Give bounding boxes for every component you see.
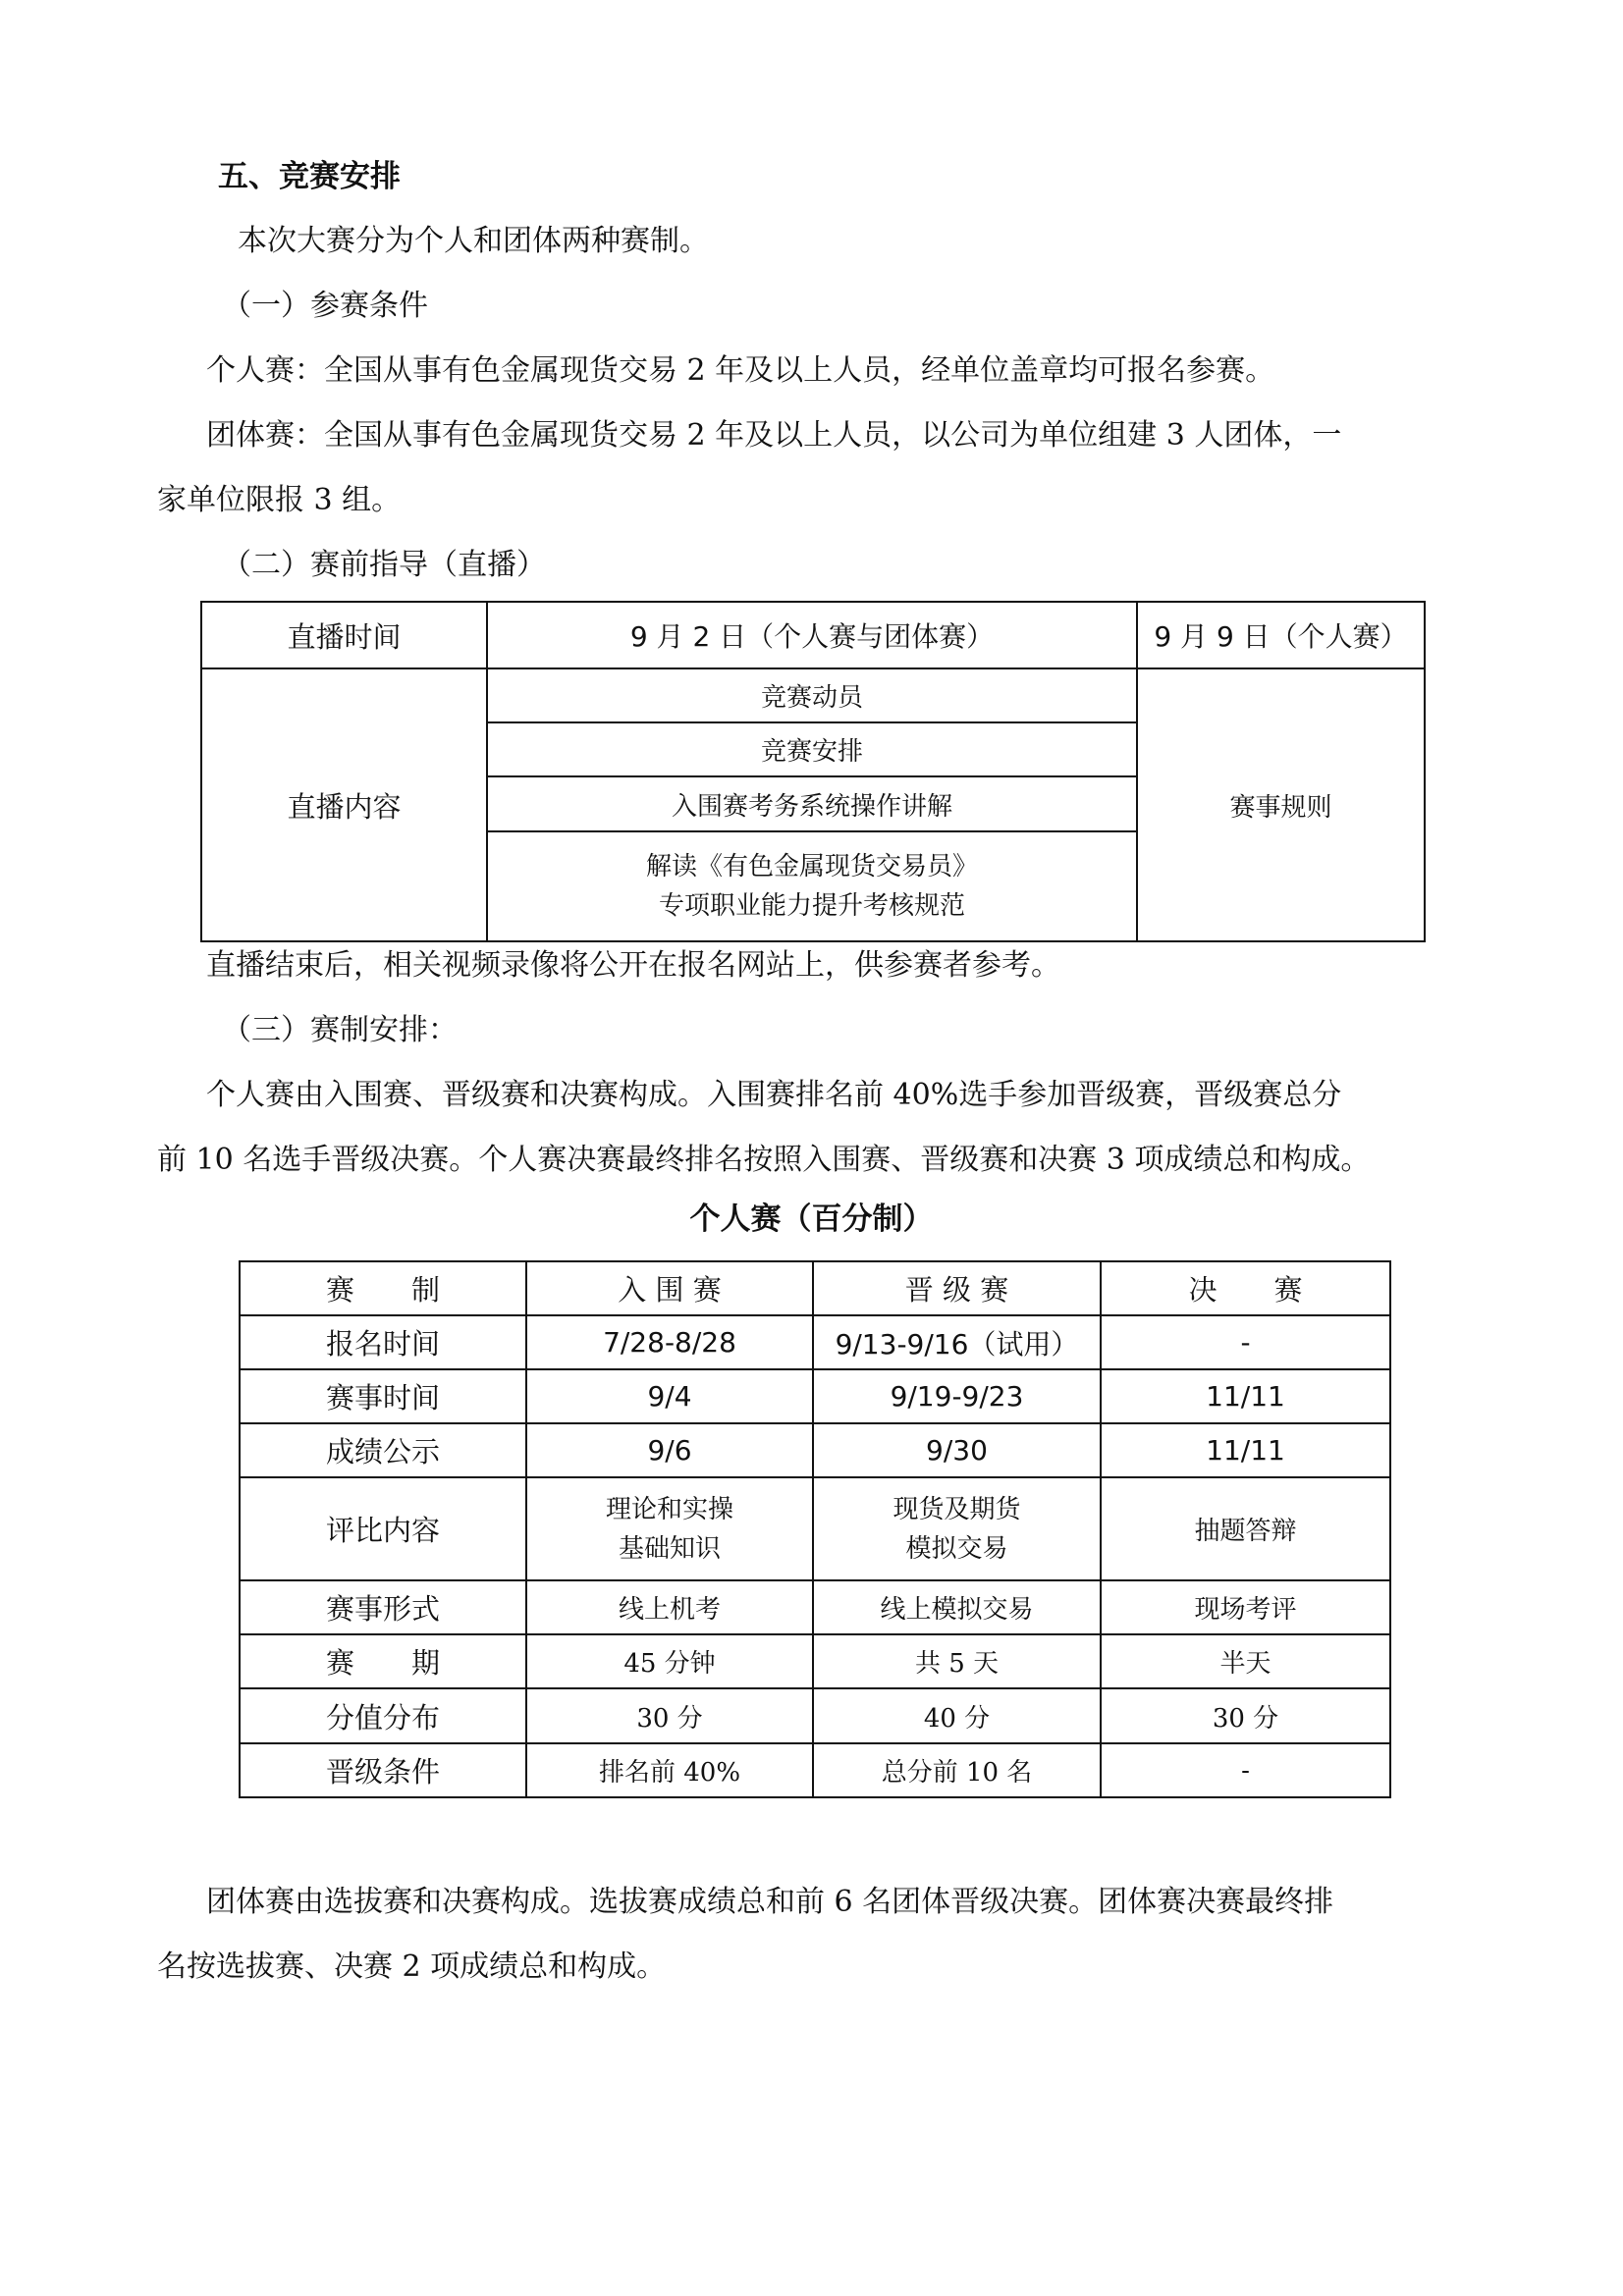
section-heading: 五、竞赛安排 xyxy=(218,157,401,196)
cell: 40 分 xyxy=(813,1688,1101,1743)
team-condition-line2: 家单位限报 3 组。 xyxy=(157,481,401,520)
cell: 9/4 xyxy=(526,1369,813,1423)
row-label-duration: 赛 期 xyxy=(240,1634,526,1688)
livestream-date-1: 9 月 2 日（个人赛与团体赛） xyxy=(487,602,1137,668)
cell: 排名前 40% xyxy=(526,1743,813,1797)
row-label-event-time: 赛事时间 xyxy=(240,1369,526,1423)
cell: 30 分 xyxy=(1101,1688,1390,1743)
content-spec-line1: 解读《有色金属现货交易员》 xyxy=(488,847,1136,886)
content-rules: 赛事规则 xyxy=(1137,668,1425,941)
individual-condition: 个人赛：全国从事有色金属现货交易 2 年及以上人员，经单位盖章均可报名参赛。 xyxy=(206,351,1274,391)
row-label-registration: 报名时间 xyxy=(240,1315,526,1369)
table-row: 赛事形式 线上机考 线上模拟交易 现场考评 xyxy=(240,1580,1390,1634)
individual-competition-table: 赛 制 入 围 赛 晋 级 赛 决 赛 报名时间 7/28-8/28 9/13-… xyxy=(239,1260,1391,1798)
content-item: 竞赛动员 xyxy=(487,668,1137,722)
content-spec-line2: 专项职业能力提升考核规范 xyxy=(488,886,1136,926)
header-final: 决 赛 xyxy=(1101,1261,1390,1315)
cell: - xyxy=(1101,1315,1390,1369)
table-row: 评比内容 理论和实操 基础知识 现货及期货 模拟交易 抽题答辩 xyxy=(240,1477,1390,1580)
team-condition-line1: 团体赛：全国从事有色金属现货交易 2 年及以上人员，以公司为单位组建 3 人团体… xyxy=(206,416,1341,455)
cell: 30 分 xyxy=(526,1688,813,1743)
row-label-promotion: 晋级条件 xyxy=(240,1743,526,1797)
team-format-line1: 团体赛由选拔赛和决赛构成。选拔赛成绩总和前 6 名团体晋级决赛。团体赛决赛最终排 xyxy=(206,1883,1333,1922)
content-item: 入围赛考务系统操作讲解 xyxy=(487,776,1137,831)
cell: 抽题答辩 xyxy=(1101,1477,1390,1580)
header-qualifier: 入 围 赛 xyxy=(526,1261,813,1315)
table-row: 成绩公示 9/6 9/30 11/11 xyxy=(240,1423,1390,1477)
subsection-title-format: （三）赛制安排： xyxy=(222,1011,458,1050)
table-row: 报名时间 7/28-8/28 9/13-9/16（试用） - xyxy=(240,1315,1390,1369)
cell: 9/13-9/16（试用） xyxy=(813,1315,1101,1369)
subsection-title-guidance: （二）赛前指导（直播） xyxy=(222,546,546,585)
cell: 45 分钟 xyxy=(526,1634,813,1688)
header-format: 赛 制 xyxy=(240,1261,526,1315)
row-label-form: 赛事形式 xyxy=(240,1580,526,1634)
format-para-line1: 个人赛由入围赛、晋级赛和决赛构成。入围赛排名前 40%选手参加晋级赛，晋级赛总分 xyxy=(206,1076,1341,1115)
cell: 9/6 xyxy=(526,1423,813,1477)
intro-text: 本次大赛分为个人和团体两种赛制。 xyxy=(238,222,709,261)
cell: 7/28-8/28 xyxy=(526,1315,813,1369)
cell: 共 5 天 xyxy=(813,1634,1101,1688)
table-row: 赛 期 45 分钟 共 5 天 半天 xyxy=(240,1634,1390,1688)
header-promotion: 晋 级 赛 xyxy=(813,1261,1101,1315)
cell: 11/11 xyxy=(1101,1423,1390,1477)
cell: 现场考评 xyxy=(1101,1580,1390,1634)
row-label-evaluation: 评比内容 xyxy=(240,1477,526,1580)
livestream-date-2: 9 月 9 日（个人赛） xyxy=(1137,602,1425,668)
cell-line: 模拟交易 xyxy=(814,1529,1100,1569)
livestream-content-label: 直播内容 xyxy=(201,668,487,941)
livestream-note: 直播结束后，相关视频录像将公开在报名网站上，供参赛者参考。 xyxy=(206,946,1060,986)
content-item-spec: 解读《有色金属现货交易员》 专项职业能力提升考核规范 xyxy=(487,831,1137,941)
cell: 线上机考 xyxy=(526,1580,813,1634)
table-row: 赛事时间 9/4 9/19-9/23 11/11 xyxy=(240,1369,1390,1423)
row-label-score: 分值分布 xyxy=(240,1688,526,1743)
individual-table-caption: 个人赛（百分制） xyxy=(0,1200,1623,1239)
cell: 9/30 xyxy=(813,1423,1101,1477)
table-row: 晋级条件 排名前 40% 总分前 10 名 - xyxy=(240,1743,1390,1797)
team-format-line2: 名按选拔赛、决赛 2 项成绩总和构成。 xyxy=(157,1948,666,1987)
format-para-line2: 前 10 名选手晋级决赛。个人赛决赛最终排名按照入围赛、晋级赛和决赛 3 项成绩… xyxy=(157,1141,1370,1180)
cell-line: 基础知识 xyxy=(527,1529,812,1569)
cell-line: 现货及期货 xyxy=(814,1490,1100,1529)
cell-line: 理论和实操 xyxy=(527,1490,812,1529)
row-label-results: 成绩公示 xyxy=(240,1423,526,1477)
cell: 11/11 xyxy=(1101,1369,1390,1423)
cell: 9/19-9/23 xyxy=(813,1369,1101,1423)
cell: 半天 xyxy=(1101,1634,1390,1688)
cell: - xyxy=(1101,1743,1390,1797)
cell: 现货及期货 模拟交易 xyxy=(813,1477,1101,1580)
content-item: 竞赛安排 xyxy=(487,722,1137,776)
cell: 线上模拟交易 xyxy=(813,1580,1101,1634)
cell: 理论和实操 基础知识 xyxy=(526,1477,813,1580)
livestream-time-label: 直播时间 xyxy=(201,602,487,668)
livestream-table: 直播时间 9 月 2 日（个人赛与团体赛） 9 月 9 日（个人赛） 直播内容 … xyxy=(200,601,1426,942)
table-header-row: 赛 制 入 围 赛 晋 级 赛 决 赛 xyxy=(240,1261,1390,1315)
cell: 总分前 10 名 xyxy=(813,1743,1101,1797)
subsection-title-conditions: （一）参赛条件 xyxy=(222,287,428,326)
table-row: 分值分布 30 分 40 分 30 分 xyxy=(240,1688,1390,1743)
